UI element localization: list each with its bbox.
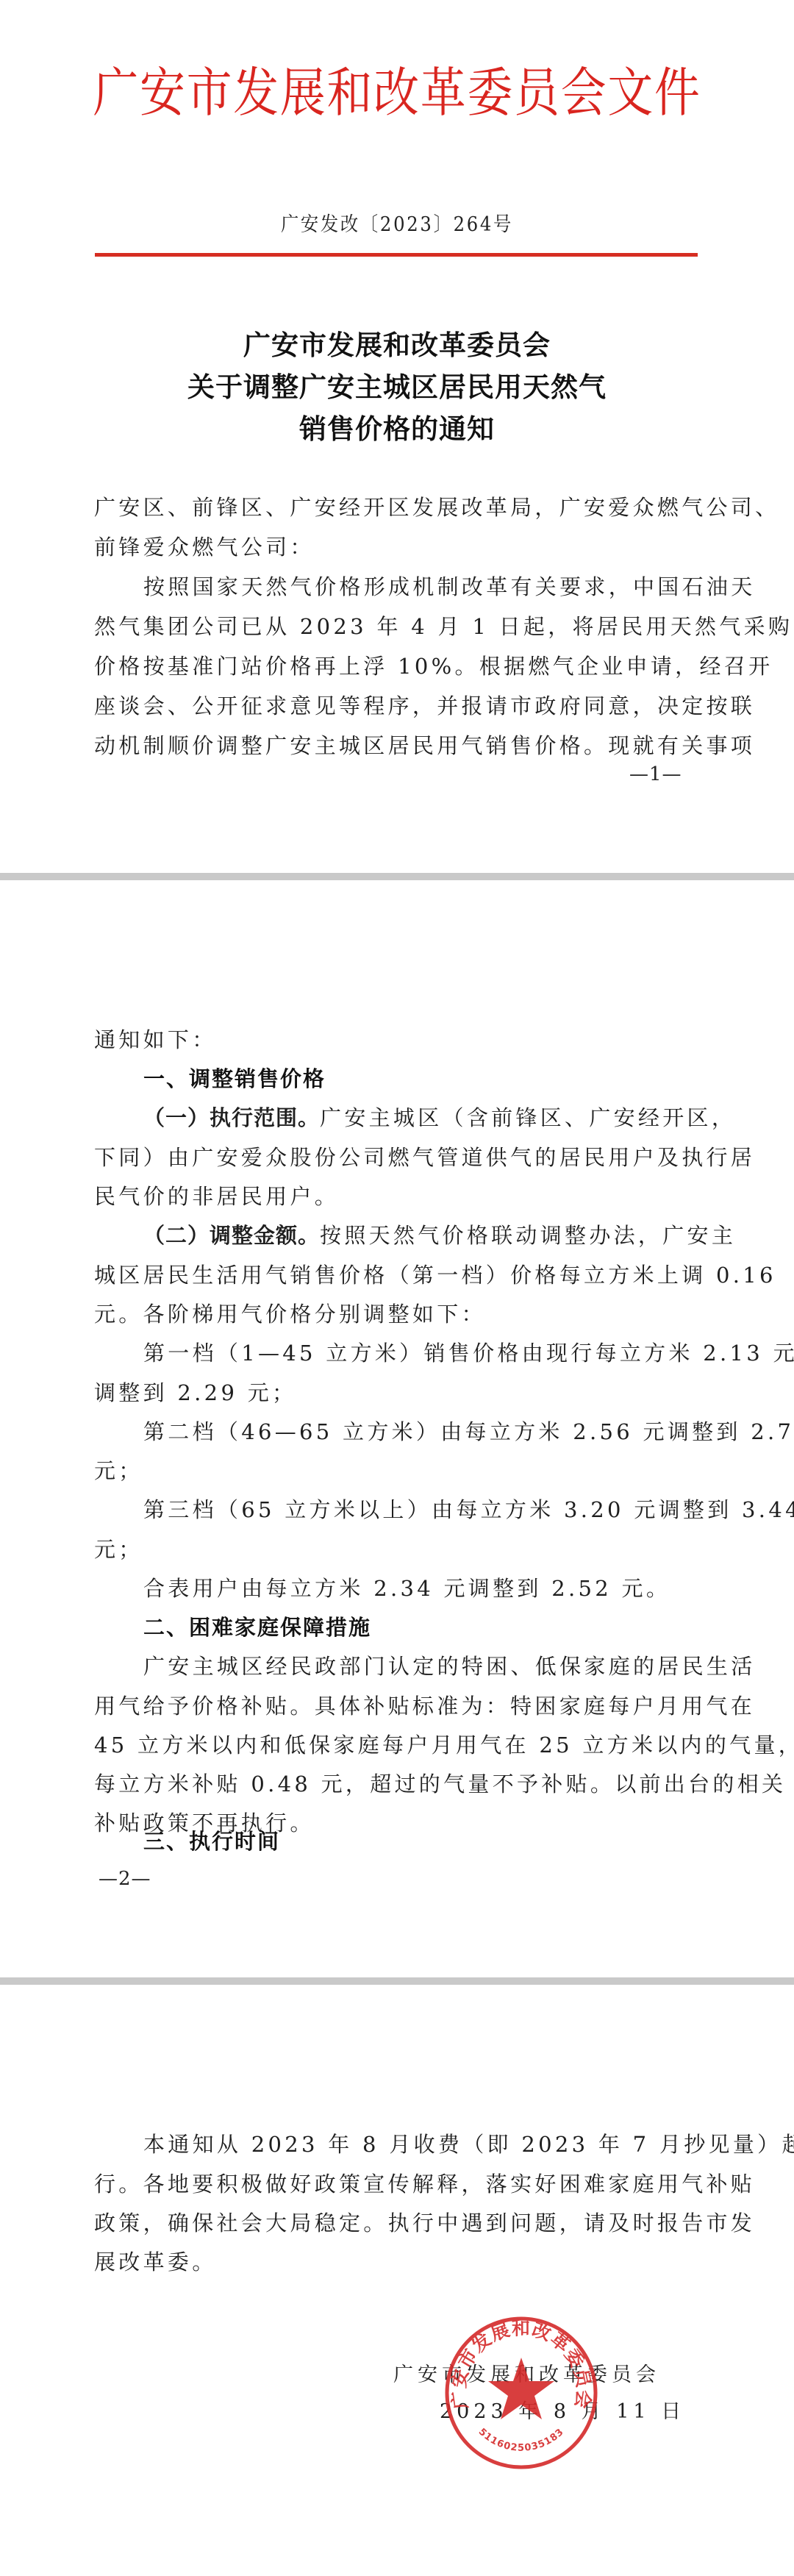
closing-line-2: 行。各地要积极做好政策宣传解释，落实好困难家庭用气补贴 xyxy=(94,2169,704,2199)
document-number: 广安发改〔2023〕264号 xyxy=(40,212,754,238)
item-1-line-2: 下同）由广安爱众股份公司燃气管道供气的居民用户及执行居 xyxy=(94,1143,704,1172)
tier-2-line-1: 第二档（46—65 立方米）由每立方米 2.56 元调整到 2.75 xyxy=(143,1417,702,1446)
red-divider-rule xyxy=(95,253,698,257)
section-2-line-3: 45 立方米以内和低保家庭每户月用气在 25 立方米以内的气量， xyxy=(94,1730,704,1760)
intro-line-1: 按照国家天然气价格形成机制改革有关要求，中国石油天 xyxy=(143,572,702,602)
section-2-line-1: 广安主城区经民政部门认定的特困、低保家庭的居民生活 xyxy=(143,1652,702,1681)
closing-line-4: 展改革委。 xyxy=(94,2247,704,2277)
shared-meter-line: 合表用户由每立方米 2.34 元调整到 2.52 元。 xyxy=(143,1574,702,1603)
item-1-line-1: （一）执行范围。广安主城区（含前锋区、广安经开区， xyxy=(143,1103,702,1132)
item-2-text: 按照天然气价格联动调整办法，广安主 xyxy=(320,1223,736,1248)
closing-line-3: 政策，确保社会大局稳定。执行中遇到问题，请及时报告市发 xyxy=(94,2208,704,2238)
intro-line-5: 动机制顺价调整广安主城区居民用气销售价格。现就有关事项 xyxy=(94,731,704,760)
page-number-1: —1— xyxy=(629,763,682,785)
page-separator-1 xyxy=(0,873,794,880)
intro-line-3: 价格按基准门站价格再上浮 10%。根据燃气企业申请，经召开 xyxy=(94,652,704,681)
intro-line-2: 然气集团公司已从 2023 年 4 月 1 日起，将居民用天然气采购 xyxy=(94,612,704,641)
item-2-line-1: （二）调整金额。按照天然气价格联动调整办法，广安主 xyxy=(143,1221,702,1250)
continuation-line: 通知如下： xyxy=(94,1025,704,1055)
issuer-banner: 广安市发展和改革委员会文件 xyxy=(56,54,739,131)
section-2-line-4: 每立方米补贴 0.48 元，超过的气量不予补贴。以前出台的相关 xyxy=(94,1769,704,1799)
title-line-3: 销售价格的通知 xyxy=(0,413,794,446)
svg-text:5116025035183: 5116025035183 xyxy=(476,2427,566,2454)
item-1-text: 广安主城区（含前锋区、广安经开区， xyxy=(320,1105,736,1130)
title-line-2: 关于调整广安主城区居民用天然气 xyxy=(0,371,794,404)
tier-1-line-2: 调整到 2.29 元； xyxy=(94,1378,704,1407)
title-line-1: 广安市发展和改革委员会 xyxy=(0,329,794,363)
tier-1-line-1: 第一档（1—45 立方米）销售价格由现行每立方米 2.13 元 xyxy=(143,1338,702,1368)
tier-2-line-2: 元； xyxy=(94,1456,704,1485)
recipients-line-2: 前锋爱众燃气公司： xyxy=(94,532,704,562)
item-2-lead: （二）调整金额。 xyxy=(143,1223,320,1248)
seal-code: 5116025035183 xyxy=(476,2427,566,2454)
recipients-line-1: 广安区、前锋区、广安经开区发展改革局，广安爱众燃气公司、 xyxy=(94,493,704,522)
tier-3-line-1: 第三档（65 立方米以上）由每立方米 3.20 元调整到 3.44 xyxy=(143,1495,702,1524)
official-seal-icon: 广安市发展和改革委员会 5116025035183 xyxy=(443,2315,599,2471)
item-2-line-2: 城区居民生活用气销售价格（第一档）价格每立方米上调 0.16 xyxy=(94,1260,704,1290)
item-1-line-3: 民气价的非居民用户。 xyxy=(94,1182,704,1211)
item-1-lead: （一）执行范围。 xyxy=(143,1105,320,1130)
page-number-2: —2— xyxy=(99,1868,151,1890)
tier-3-line-2: 元； xyxy=(94,1535,704,1564)
closing-line-1: 本通知从 2023 年 8 月收费（即 2023 年 7 月抄见量）起执 xyxy=(143,2130,702,2159)
item-2-line-3: 元。各阶梯用气价格分别调整如下： xyxy=(94,1299,704,1329)
section-3-heading: 三、执行时间 xyxy=(143,1827,280,1856)
section-2-line-2: 用气给予价格补贴。具体补贴标准为：特困家庭每户月用气在 xyxy=(94,1691,704,1721)
section-2-heading: 二、困难家庭保障措施 xyxy=(143,1613,371,1642)
intro-line-4: 座谈会、公开征求意见等程序，并报请市政府同意，决定按联 xyxy=(94,691,704,721)
section-1-heading: 一、调整销售价格 xyxy=(143,1064,326,1093)
page-separator-2 xyxy=(0,1977,794,1985)
